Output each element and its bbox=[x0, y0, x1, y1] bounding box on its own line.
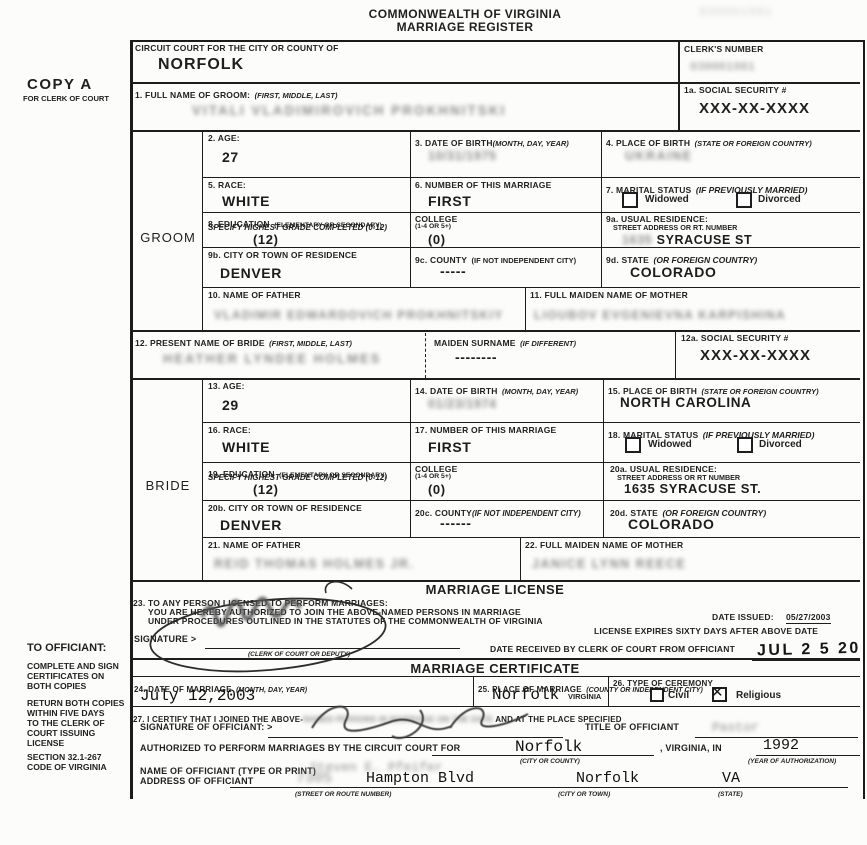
state-sublabel: (STATE) bbox=[718, 791, 743, 798]
officiant-address-city: Norfolk bbox=[576, 770, 639, 787]
bride-dob-label: 14. DATE OF BIRTH bbox=[415, 386, 498, 396]
court-value: NORFOLK bbox=[158, 56, 244, 74]
bride-marriage-number-label: 17. NUMBER OF THIS MARRIAGE bbox=[415, 425, 556, 435]
bride-father-label: 21. NAME OF FATHER bbox=[208, 540, 301, 550]
officiant-address-street: Hampton Blvd bbox=[366, 770, 474, 787]
bride-name-label: 12. PRESENT NAME OF BRIDE bbox=[135, 338, 265, 348]
form-line bbox=[202, 537, 860, 538]
authorized-court-sublabel: (CITY OR COUNTY) bbox=[520, 758, 580, 765]
authorized-mid-label: , VIRGINIA, IN bbox=[660, 743, 722, 753]
clerk-number-value: 030001981 bbox=[690, 60, 755, 74]
officiant-name-label: NAME OF OFFICIANT (TYPE OR PRINT) bbox=[140, 766, 316, 776]
bride-widowed-checkbox bbox=[625, 437, 641, 453]
officiant-title-value: Pastor bbox=[712, 720, 759, 735]
bride-name-hint: (FIRST, MIDDLE, LAST) bbox=[269, 339, 352, 348]
bride-college-value: (0) bbox=[428, 482, 446, 497]
religious-label: Religious bbox=[736, 690, 781, 701]
form-line bbox=[130, 82, 860, 84]
bride-name-value: HEATHER LYNDEE HOLMES bbox=[163, 351, 381, 366]
bride-ssn-value: XXX-XX-XXXX bbox=[700, 347, 811, 364]
date-received-label: DATE RECEIVED BY CLERK OF COURT FROM OFF… bbox=[490, 644, 735, 654]
to-officiant-heading: TO OFFICIANT: bbox=[27, 642, 106, 654]
faint-stamp: 830001991 bbox=[700, 6, 773, 18]
bride-race-value: WHITE bbox=[222, 439, 270, 455]
form-line bbox=[410, 378, 411, 537]
form-line bbox=[675, 330, 676, 378]
date-issued-value: 05/27/2003 bbox=[786, 612, 831, 624]
street-sublabel: (STREET OR ROUTE NUMBER) bbox=[295, 791, 391, 798]
bride-maiden-value: -------- bbox=[455, 349, 497, 365]
form-line bbox=[130, 130, 860, 132]
form-line bbox=[202, 422, 860, 423]
officiant-address-state: VA bbox=[722, 770, 740, 787]
clerk-number-label: CLERK'S NUMBER bbox=[684, 44, 763, 54]
marriage-register-document: COMMONWEALTH OF VIRGINIA MARRIAGE REGIST… bbox=[0, 0, 867, 845]
groom-college-value: (0) bbox=[428, 232, 446, 247]
form-line bbox=[202, 378, 203, 580]
groom-name-value: VITALI VLADIMIROVICH PROKHNITSKI bbox=[192, 103, 506, 118]
bride-mother-label: 22. FULL MAIDEN NAME OF MOTHER bbox=[525, 540, 683, 550]
groom-name-hint: (FIRST, MIDDLE, LAST) bbox=[255, 91, 338, 100]
officiant-note-2: RETURN BOTH COPIES WITHIN FIVE DAYS TO T… bbox=[27, 698, 124, 748]
ceremony-type-label: 26. TYPE OF CEREMONY bbox=[613, 679, 713, 688]
groom-county-value: ----- bbox=[440, 263, 466, 279]
groom-pob-value: UKRAINE bbox=[625, 149, 692, 163]
officiant-title-label: TITLE OF OFFICIANT bbox=[585, 722, 679, 732]
groom-residence-street: SYRACUSE ST bbox=[657, 233, 753, 247]
form-line bbox=[425, 333, 426, 378]
marriage-date-value: July 12,2003 bbox=[140, 687, 255, 705]
groom-mother-label: 11. FULL MAIDEN NAME OF MOTHER bbox=[530, 290, 688, 300]
groom-race-value: WHITE bbox=[222, 193, 270, 209]
groom-mother-value: LIOUBOV EVGENIEVNA KARPISHINA bbox=[534, 308, 786, 322]
groom-city-label: 9b. CITY OR TOWN OF RESIDENCE bbox=[208, 250, 357, 260]
bride-age-label: 13. AGE: bbox=[208, 381, 245, 391]
bride-ssn-label: 12a. SOCIAL SECURITY # bbox=[681, 333, 789, 343]
form-line bbox=[202, 500, 860, 501]
groom-marriage-number-label: 6. NUMBER OF THIS MARRIAGE bbox=[415, 180, 551, 190]
bride-dob-hint: (MONTH, DAY, YEAR) bbox=[502, 387, 578, 396]
groom-ssn-value: XXX-XX-XXXX bbox=[699, 100, 810, 117]
bride-section-label: BRIDE bbox=[137, 478, 199, 493]
groom-dob-value: 10/31/1975 bbox=[428, 149, 497, 163]
bride-father-value: REID THOMAS HOLMES JR. bbox=[214, 557, 414, 571]
officiant-signature bbox=[300, 696, 550, 746]
groom-widowed-checkbox bbox=[622, 192, 638, 208]
groom-age-label: 2. AGE: bbox=[208, 133, 240, 143]
bride-divorced-checkbox bbox=[737, 437, 753, 453]
form-line bbox=[603, 378, 604, 537]
bride-age-value: 29 bbox=[222, 397, 239, 413]
groom-pob-hint: (STATE OR FOREIGN COUNTRY) bbox=[695, 139, 812, 148]
date-issued-label: DATE ISSUED: bbox=[712, 612, 774, 622]
authorized-year-sublabel: (YEAR OF AUTHORIZATION) bbox=[748, 758, 836, 765]
copy-sublabel: FOR CLERK OF COURT bbox=[23, 94, 109, 103]
bride-maiden-hint: (IF DIFFERENT) bbox=[520, 339, 576, 348]
clerk-signature bbox=[140, 575, 410, 687]
marriage-place-state: VIRGINIA bbox=[568, 692, 601, 701]
date-received-stamp: JUL 2 5 20 bbox=[757, 640, 861, 661]
authorized-year-value: 1992 bbox=[763, 737, 799, 754]
groom-section-label: GROOM bbox=[137, 230, 199, 245]
form-line bbox=[525, 287, 526, 330]
authorized-year-line bbox=[756, 755, 860, 756]
bride-maiden-label: MAIDEN SURNAME bbox=[434, 338, 516, 348]
bride-college-hint: (1-4 OR 5+) bbox=[415, 473, 451, 480]
copy-label: COPY A bbox=[27, 76, 93, 93]
bride-city-label: 20b. CITY OR TOWN OF RESIDENCE bbox=[208, 503, 362, 513]
officiant-address-label: ADDRESS OF OFFICIANT bbox=[140, 776, 254, 786]
officiant-address-line bbox=[230, 787, 848, 788]
court-label: CIRCUIT COURT FOR THE CITY OR COUNTY OF bbox=[135, 43, 338, 53]
authorized-court-line bbox=[432, 755, 654, 756]
groom-race-label: 5. RACE: bbox=[208, 180, 246, 190]
groom-state-value: COLORADO bbox=[630, 264, 716, 280]
groom-college-hint: (1-4 OR 5+) bbox=[415, 223, 451, 230]
form-line bbox=[601, 130, 602, 287]
bride-city-value: DENVER bbox=[220, 517, 282, 533]
groom-name-label: 1. FULL NAME OF GROOM: bbox=[135, 90, 250, 100]
bride-education-value: (12) bbox=[253, 482, 279, 497]
license-expires-note: LICENSE EXPIRES SIXTY DAYS AFTER ABOVE D… bbox=[594, 626, 818, 636]
form-line bbox=[202, 177, 860, 178]
groom-dob-label: 3. DATE OF BIRTH bbox=[415, 138, 493, 148]
bride-widowed-label: Widowed bbox=[648, 439, 692, 450]
bride-county-hint: (IF NOT INDEPENDENT CITY) bbox=[472, 509, 581, 518]
groom-marriage-number-value: FIRST bbox=[428, 193, 471, 209]
groom-residence-number: 1635 bbox=[622, 233, 652, 247]
groom-pob-label: 4. PLACE OF BIRTH bbox=[606, 138, 690, 148]
form-line bbox=[202, 247, 860, 248]
bride-race-label: 16. RACE: bbox=[208, 425, 251, 435]
bride-state-value: COLORADO bbox=[628, 516, 714, 532]
form-line bbox=[202, 462, 860, 463]
officiant-signature-label: SIGNATURE OF OFFICIANT: > bbox=[140, 722, 273, 732]
groom-dob-hint: (MONTH, DAY, YEAR) bbox=[493, 139, 569, 148]
groom-education-line2: SPECIFY HIGHEST GRADE COMPLETED (0-12) bbox=[208, 223, 387, 232]
city-sublabel: (CITY OR TOWN) bbox=[558, 791, 610, 798]
officiant-address-number: 7305 bbox=[296, 770, 332, 787]
form-line bbox=[130, 378, 860, 380]
bride-marriage-number-value: FIRST bbox=[428, 439, 471, 455]
groom-father-label: 10. NAME OF FATHER bbox=[208, 290, 301, 300]
groom-city-value: DENVER bbox=[220, 265, 282, 281]
civil-label: Civil bbox=[668, 690, 689, 701]
bride-mother-value: JANICE LYNN REECE bbox=[532, 557, 686, 571]
groom-father-value: VLADIMIR EDWARDOVICH PROKHNITSKIY bbox=[214, 308, 504, 322]
bride-dob-value: 01/23/1974 bbox=[428, 397, 497, 411]
groom-education-value: (12) bbox=[253, 232, 279, 247]
civil-checkbox bbox=[650, 688, 664, 702]
form-line bbox=[678, 40, 680, 130]
bride-residence-value: 1635 SYRACUSE ST. bbox=[624, 481, 761, 496]
bride-county-value: ------ bbox=[440, 515, 472, 531]
religious-check-mark: ✕ bbox=[711, 688, 724, 698]
form-line bbox=[202, 287, 860, 288]
groom-age-value: 27 bbox=[222, 149, 239, 165]
groom-widowed-label: Widowed bbox=[645, 194, 689, 205]
groom-county-hint: (IF NOT INDEPENDENT CITY) bbox=[472, 256, 577, 265]
bride-education-line2: SPECIFY HIGHEST GRADE COMPLETED (0-12) bbox=[208, 473, 387, 482]
officiant-note-3: SECTION 32.1-267 CODE OF VIRGINIA bbox=[27, 752, 107, 772]
groom-divorced-checkbox bbox=[736, 192, 752, 208]
officiant-note-1: COMPLETE AND SIGN CERTIFICATES ON BOTH C… bbox=[27, 661, 119, 691]
form-line bbox=[520, 537, 521, 580]
form-line bbox=[130, 330, 860, 332]
bride-divorced-label: Divorced bbox=[759, 439, 802, 450]
groom-divorced-label: Divorced bbox=[758, 194, 801, 205]
form-line bbox=[410, 130, 411, 287]
document-title-line2: MARRIAGE REGISTER bbox=[200, 20, 730, 34]
form-line bbox=[202, 212, 860, 213]
groom-ssn-label: 1a. SOCIAL SECURITY # bbox=[684, 85, 787, 95]
document-title-line1: COMMONWEALTH OF VIRGINIA bbox=[200, 7, 730, 21]
form-line bbox=[202, 130, 203, 330]
bride-pob-value: NORTH CAROLINA bbox=[620, 395, 751, 410]
